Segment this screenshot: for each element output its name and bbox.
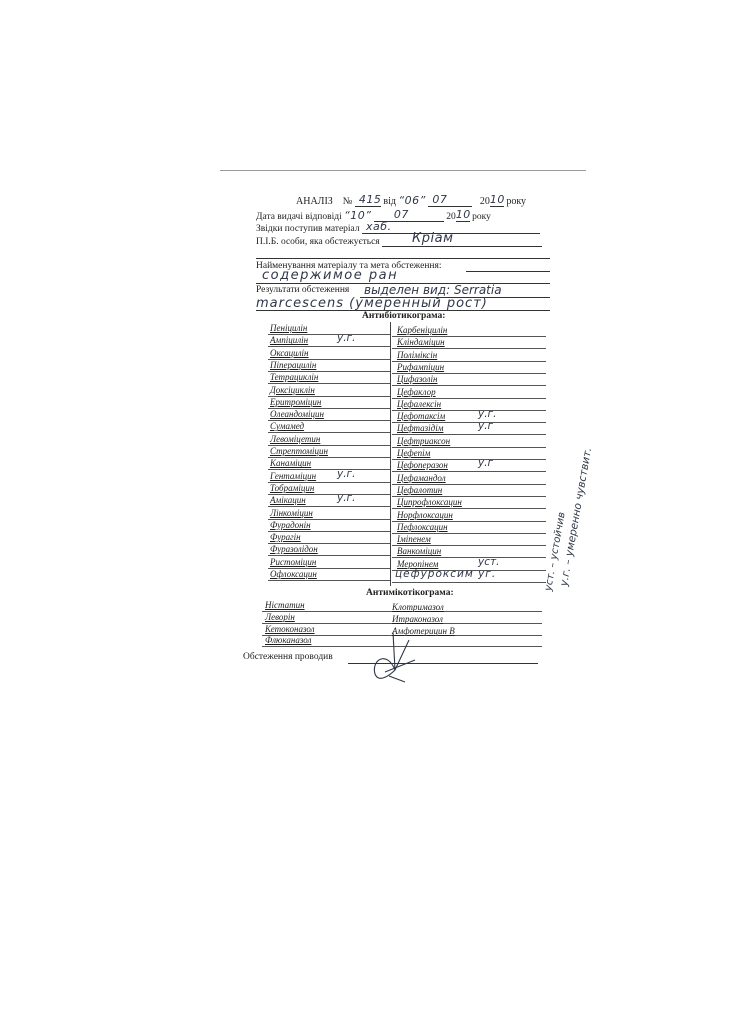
- antimycotic-right-1: Итраконазол: [392, 614, 443, 624]
- antibiotic-left-14: Амікацин: [270, 495, 306, 505]
- antibiotic-right-13: Цефалотин: [397, 485, 442, 495]
- issue-date-label: Дата видачі відповіді: [256, 212, 342, 222]
- antibiotic-right-1: Кліндаміцин: [397, 337, 445, 347]
- antimycotic-left-2: Кетоконазол: [265, 624, 315, 634]
- antimycotic-left-1: Леворін: [265, 612, 295, 622]
- antibiotic-right-6: Цефалексін: [397, 399, 441, 409]
- antibiotic-left-15: Лінкоміцин: [270, 508, 313, 518]
- antibiotic-right-note-19: уст.: [478, 556, 499, 568]
- issue-year-field: 10: [456, 210, 470, 222]
- analysis-month-field: 07: [428, 195, 472, 207]
- antibiotic-left-3: Піперацилін: [270, 360, 316, 370]
- antibiotic-left-20: Офлоксацин: [270, 569, 317, 579]
- antibiotic-left-7: Олеандоміцин: [270, 409, 324, 419]
- antibiotic-left-8: Сумамед: [270, 421, 304, 431]
- material-value: содержимое ран: [262, 268, 398, 283]
- antibiotic-left-13: Тобраміцин: [270, 483, 314, 493]
- results-value-line2: marcescens (умеренный рост): [256, 296, 488, 311]
- analysis-day: “06”: [398, 194, 425, 207]
- antimycotic-right-0: Клотримазол: [392, 602, 444, 612]
- antibiotic-right-17: Іміпенем: [397, 534, 431, 544]
- patient-row: П.І.Б. особи, яка обстежується Кріам: [256, 235, 542, 247]
- antibiotic-right-18: Ванкоміцин: [397, 546, 441, 556]
- antibiotic-left-note-12: у.г.: [337, 468, 355, 480]
- antibiotic-right-8: Цефтазідім: [397, 423, 443, 433]
- antibiotic-right-4: Цифазолін: [397, 374, 437, 384]
- row-line: [392, 582, 546, 583]
- date-from-label: від: [383, 196, 396, 207]
- signature-row: Обстеження проводив: [243, 652, 333, 662]
- year-prefix: 20: [480, 196, 490, 207]
- antibiotic-left-4: Тетрациклін: [270, 372, 318, 382]
- antibiotic-left-16: Фурадонін: [270, 520, 311, 530]
- analysis-header: АНАЛІЗ № 415 від “06” 07 2010 року: [296, 194, 526, 207]
- antibiotic-right-15: Норфлоксацин: [397, 510, 453, 520]
- antibiotic-right-3: Рифампіцин: [397, 362, 444, 372]
- antimycotic-left-0: Ністатин: [265, 600, 305, 610]
- analysis-number-field: 415: [355, 195, 381, 207]
- patient-field: Кріам: [382, 235, 542, 247]
- analysis-title: АНАЛІЗ: [296, 196, 333, 207]
- antibiotic-left-19: Ристоміцин: [270, 557, 316, 567]
- antibiotic-right-2: Поліміксін: [397, 350, 437, 360]
- source-row: Звідки поступив матеріал хаб.: [256, 222, 540, 234]
- antibiotic-right-note-11: у.г: [478, 457, 493, 469]
- antibiotic-right-9: Цефтриаксон: [397, 436, 450, 446]
- antibiotic-left-5: Доксіциклін: [270, 385, 315, 395]
- antibiotic-right-0: Карбеніцилін: [397, 325, 447, 335]
- results-label: Результати обстеження: [256, 285, 349, 295]
- material-line-1: [466, 271, 550, 272]
- antibiotic-left-6: Еритроміцин: [270, 397, 321, 407]
- antibiotic-left-12: Гентаміцин: [270, 471, 316, 481]
- source-label: Звідки поступив матеріал: [256, 224, 360, 234]
- antibiogram-column-divider: [390, 322, 391, 586]
- antibiotic-left-11: Канаміцин: [270, 458, 311, 468]
- antibiotic-right-16: Пефлоксацин: [397, 522, 448, 532]
- antibiotic-left-18: Фуразолідон: [270, 544, 318, 554]
- antimycogram-title: Антимікотікограма:: [366, 588, 454, 598]
- number-label: №: [343, 196, 353, 207]
- issue-year-word: року: [472, 212, 491, 222]
- antibiotic-right-note-7: у.г.: [478, 408, 496, 420]
- antibiotic-right-note-8: у.г: [478, 420, 493, 432]
- antibiotic-right-11: Цефоперазон: [397, 460, 448, 470]
- row-line: [268, 580, 390, 581]
- results-value-line1: выделен вид: Serratia: [364, 283, 502, 297]
- results-row: Результати обстеження: [256, 285, 349, 295]
- antibiotic-right-5: Цефаклор: [397, 387, 436, 397]
- antibiotic-left-9: Левоміцетин: [270, 434, 320, 444]
- antimycotic-left-3: Флюканазол: [265, 635, 311, 645]
- antibiotic-right-7: Цефотаксім: [397, 411, 445, 421]
- year-word: року: [506, 196, 526, 207]
- antibiotic-left-note-1: у.г.: [337, 332, 355, 344]
- scan-top-edge: [220, 170, 586, 171]
- patient-label: П.І.Б. особи, яка обстежується: [256, 237, 380, 247]
- antibiotic-left-10: Стрептоміцин: [270, 446, 328, 456]
- antibiotic-left-0: Пеніцилін: [270, 323, 307, 333]
- antibiotic-right-10: Цефепім: [397, 448, 430, 458]
- antibiotic-left-note-14: у.г.: [337, 492, 355, 504]
- antibiotic-right-note-20: цефуроксим уг.: [395, 568, 496, 580]
- signature-label: Обстеження проводив: [243, 652, 333, 662]
- antibiotic-left-2: Оксацилін: [270, 348, 309, 358]
- analysis-year-field: 10: [490, 195, 504, 207]
- divider: [256, 258, 550, 259]
- antibiogram-title: Антибіотикограма:: [362, 311, 445, 321]
- signature-mark: [365, 630, 425, 685]
- antibiotic-right-14: Ципрофлоксацин: [397, 497, 462, 507]
- antibiotic-left-17: Фурагін: [270, 532, 301, 542]
- antibiotic-left-1: Ампіцилін: [270, 335, 308, 345]
- antibiotic-right-12: Цефамандол: [397, 473, 446, 483]
- issue-year-prefix: 20: [446, 212, 456, 222]
